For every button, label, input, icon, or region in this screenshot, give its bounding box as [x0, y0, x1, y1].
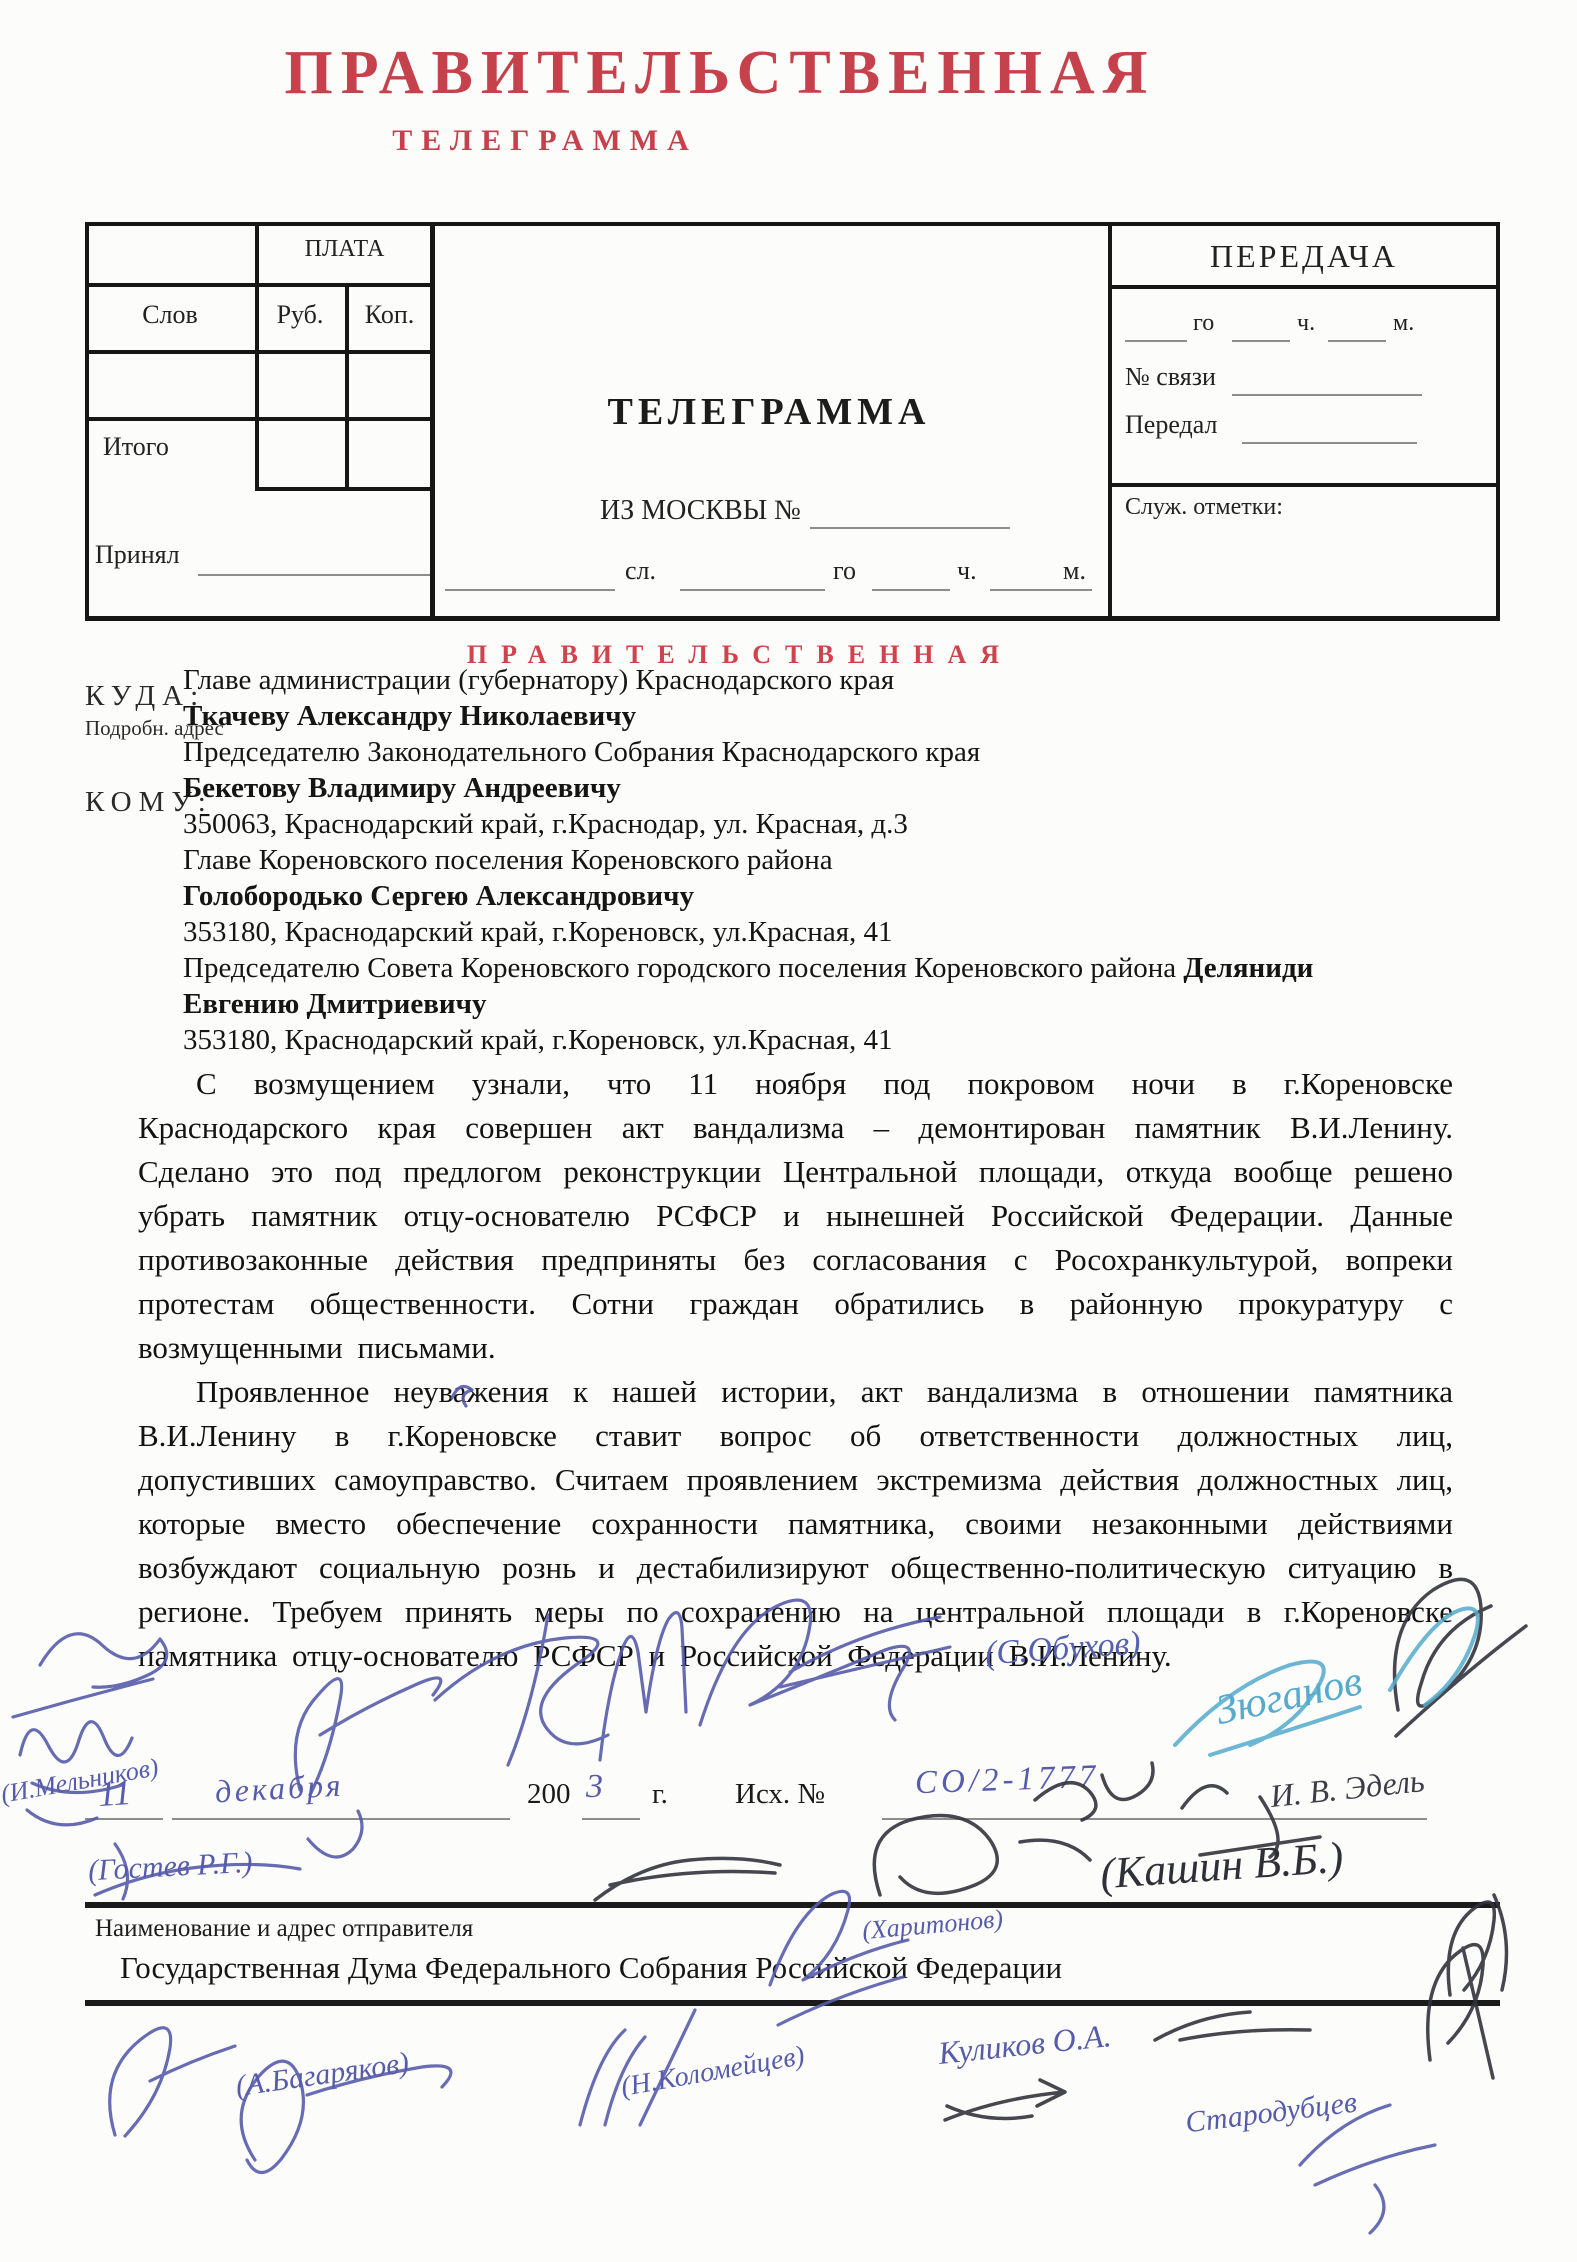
- blank-field: [1232, 340, 1290, 342]
- handwritten-month: декабря: [214, 1767, 344, 1811]
- recipient-line: Председателю Совета Кореновского городск…: [183, 952, 1483, 985]
- m-label: м.: [1063, 556, 1086, 586]
- blank-field: [680, 589, 825, 591]
- signature-name: Стародубцев: [1184, 2086, 1359, 2141]
- recipient-line: Голобородько Сергею Александровичу: [183, 880, 1483, 913]
- blank-field: [445, 589, 615, 591]
- table-line: [1108, 483, 1500, 487]
- table-border-right: [1496, 222, 1500, 620]
- recipient-text: Председателю Совета Кореновского городск…: [183, 952, 1183, 984]
- peredal-label: Передал: [1125, 410, 1218, 440]
- telegram-body: С возмущением узнали, что 11 ноября под …: [138, 1062, 1453, 1678]
- iz-moskvy-label: ИЗ МОСКВЫ №: [600, 495, 801, 527]
- plata-label: ПЛАТА: [255, 236, 434, 263]
- footer-rule-bottom: [85, 2000, 1500, 2006]
- table-line: [255, 487, 434, 491]
- blank-field: [882, 1818, 1427, 1820]
- recipient-line: Бекетову Владимиру Андреевичу: [183, 772, 1483, 805]
- itogo-label: Итого: [103, 432, 169, 462]
- sluzh-otmetki-label: Служ. отметки:: [1125, 494, 1283, 521]
- sender-caption: Наименование и адрес отправителя: [95, 1915, 473, 1943]
- table-line: [85, 417, 434, 421]
- telegram-form-title: ТЕЛЕГРАММА: [430, 390, 1108, 434]
- rub-label: Руб.: [255, 300, 345, 330]
- table-border-top: [85, 222, 1500, 226]
- ch2-label: ч.: [1297, 310, 1315, 337]
- blank-field: [1125, 340, 1187, 342]
- signature-name: (А.Багаряков): [233, 2046, 411, 2104]
- kop-label: Коп.: [345, 300, 434, 330]
- handwritten-outgoing-number: СО/2-1777: [914, 1759, 1100, 1802]
- telegram-document: ПРАВИТЕЛЬСТВЕННАЯ ТЕЛЕГРАММА ПЛАТА Слов …: [0, 0, 1577, 2262]
- prinyal-label: Принял: [95, 540, 180, 570]
- recipient-line: Евгению Дмитриевичу: [183, 988, 1483, 1021]
- recipient-line: Председателю Законодательного Собрания К…: [183, 736, 1483, 769]
- blank-field: [1232, 394, 1422, 396]
- signature-name: (Гостев Р.Г.): [87, 1846, 253, 1889]
- recipient-line: 353180, Краснодарский край, г.Кореновск,…: [183, 1024, 1483, 1057]
- body-paragraph-2: Проявленное неуважения к нашей истории, …: [138, 1370, 1453, 1678]
- ch-label: ч.: [957, 556, 977, 586]
- blank-field: [1242, 442, 1417, 444]
- recipient-line: Главе администрации (губернатору) Красно…: [183, 664, 1483, 697]
- table-line: [85, 283, 434, 287]
- recipient-line: Главе Кореновского поселения Кореновског…: [183, 844, 1483, 877]
- peredacha-label: ПЕРЕДАЧА: [1108, 238, 1500, 275]
- blank-field: [810, 527, 1010, 529]
- blank-field: [872, 589, 950, 591]
- slov-label: Слов: [85, 300, 255, 330]
- signature-name: (Кашин В.Б.): [1099, 1832, 1345, 1900]
- blank-field: [1328, 340, 1386, 342]
- year-printed: 200: [527, 1778, 571, 1811]
- god-label: г.: [652, 1778, 668, 1811]
- blank-field: [198, 574, 430, 576]
- go-label: го: [833, 556, 856, 586]
- table-line: [1108, 222, 1112, 620]
- recipient-line: 353180, Краснодарский край, г.Кореновск,…: [183, 916, 1483, 949]
- table-line: [85, 350, 434, 354]
- iskh-label: Исх. №: [735, 1778, 825, 1811]
- table-border-bottom: [85, 616, 1500, 621]
- handwritten-year-digit: 3: [586, 1768, 603, 1806]
- go2-label: го: [1193, 310, 1214, 337]
- table-line: [1108, 285, 1500, 289]
- signature-name: И. В. Эдель: [1268, 1762, 1426, 1815]
- signature-name: (Харитонов): [861, 1904, 1004, 1946]
- recipient-name-bold: Деляниди: [1183, 952, 1313, 984]
- blank-field: [990, 589, 1092, 591]
- table-border-left: [85, 222, 89, 620]
- blank-field: [582, 1818, 640, 1820]
- sender-name: Государственная Дума Федерального Собран…: [120, 1950, 1062, 1986]
- recipient-line: Ткачеву Александру Николаевичу: [183, 700, 1483, 733]
- document-subtitle: ТЕЛЕГРАММА: [0, 124, 1090, 158]
- body-paragraph-1: С возмущением узнали, что 11 ноября под …: [138, 1062, 1453, 1370]
- signature-name: Куликов О.А.: [937, 2017, 1113, 2072]
- blank-field: [85, 1818, 163, 1820]
- signature-name: (Н.Коломейцев): [619, 2040, 808, 2104]
- sl-label: сл.: [625, 556, 656, 586]
- svyazi-label: № связи: [1125, 362, 1216, 392]
- m2-label: м.: [1393, 310, 1414, 337]
- footer-rule-top: [85, 1902, 1500, 1908]
- blank-field: [172, 1818, 510, 1820]
- recipient-line: 350063, Краснодарский край, г.Краснодар,…: [183, 808, 1483, 841]
- document-title: ПРАВИТЕЛЬСТВЕННАЯ: [0, 38, 1440, 109]
- signature-name: (И.Мельников): [0, 1752, 161, 1809]
